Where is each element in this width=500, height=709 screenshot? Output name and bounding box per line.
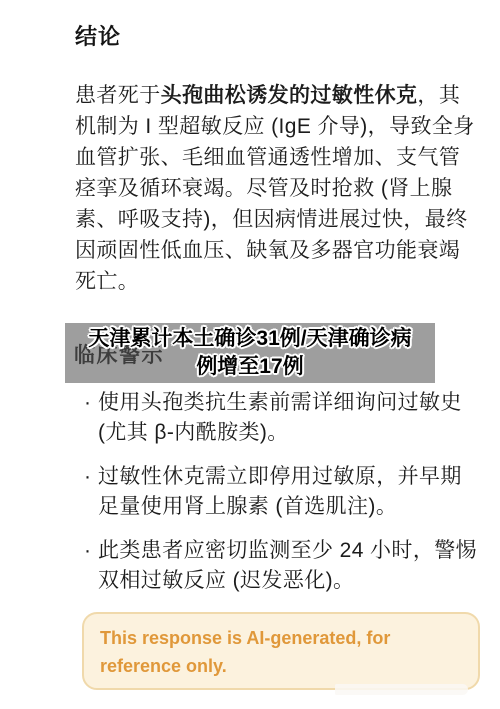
paragraph-line: 素、呼吸支持)，但因病情进展过快，最终 bbox=[75, 204, 475, 235]
list-item: · 使用头孢类抗生素前需详细询问过敏史 (尤其 β-内酰胺类)。 bbox=[84, 388, 477, 448]
ai-notice-line: This response is AI-generated, for bbox=[100, 624, 462, 652]
clinical-warning-list: · 使用头孢类抗生素前需详细询问过敏史 (尤其 β-内酰胺类)。 · 过敏性休克… bbox=[84, 388, 477, 610]
paragraph-text: ，其 bbox=[417, 84, 460, 107]
conclusion-heading: 结论 bbox=[75, 20, 121, 51]
paragraph-bold-phrase: 头孢曲松诱发的过敏性休克 bbox=[161, 84, 418, 107]
list-item: · 过敏性休克需立即停用过敏原，并早期 足量使用肾上腺素 (首选肌注)。 bbox=[84, 462, 477, 522]
overlay-title-line: 例增至17例 bbox=[196, 353, 303, 381]
list-item-line: 过敏性休克需立即停用过敏原，并早期 bbox=[98, 462, 477, 492]
conclusion-paragraph: 患者死于头孢曲松诱发的过敏性休克，其 机制为 I 型超敏反应 (IgE 介导)，… bbox=[75, 80, 475, 297]
watermark-smudge bbox=[335, 684, 468, 695]
bullet-icon: · bbox=[84, 536, 91, 566]
overlay-title: 天津累计本土确诊31例/天津确诊病 例增至17例 bbox=[65, 323, 435, 383]
list-item-line: 双相过敏反应 (迟发恶化)。 bbox=[98, 566, 477, 596]
list-item-line: 此类患者应密切监测至少 24 小时，警惕 bbox=[98, 536, 477, 566]
list-item-line: 足量使用肾上腺素 (首选肌注)。 bbox=[98, 492, 477, 522]
ai-generated-notice: This response is AI-generated, for refer… bbox=[82, 612, 480, 690]
overlay-title-line: 天津累计本土确诊31例/天津确诊病 bbox=[88, 325, 411, 353]
paragraph-line: 患者死于头孢曲松诱发的过敏性休克，其 bbox=[75, 80, 475, 111]
paragraph-line: 机制为 I 型超敏反应 (IgE 介导)，导致全身 bbox=[75, 111, 475, 142]
paragraph-line: 血管扩张、毛细血管通透性增加、支气管 bbox=[75, 142, 475, 173]
paragraph-line: 因顽固性低血压、缺氧及多器官功能衰竭 bbox=[75, 235, 475, 266]
bullet-icon: · bbox=[84, 388, 91, 418]
paragraph-text: 患者死于 bbox=[75, 84, 161, 107]
bullet-icon: · bbox=[84, 462, 91, 492]
video-title-overlay-band: 临床警示 天津累计本土确诊31例/天津确诊病 例增至17例 bbox=[65, 323, 435, 383]
ai-notice-line: reference only. bbox=[100, 652, 462, 680]
list-item-line: 使用头孢类抗生素前需详细询问过敏史 bbox=[98, 388, 477, 418]
list-item: · 此类患者应密切监测至少 24 小时，警惕 双相过敏反应 (迟发恶化)。 bbox=[84, 536, 477, 596]
list-item-line: (尤其 β-内酰胺类)。 bbox=[98, 418, 477, 448]
paragraph-line: 痉挛及循环衰竭。尽管及时抢救 (肾上腺 bbox=[75, 173, 475, 204]
paragraph-line: 死亡。 bbox=[75, 266, 475, 297]
chat-response-page: 结论 患者死于头孢曲松诱发的过敏性休克，其 机制为 I 型超敏反应 (IgE 介… bbox=[0, 0, 500, 709]
